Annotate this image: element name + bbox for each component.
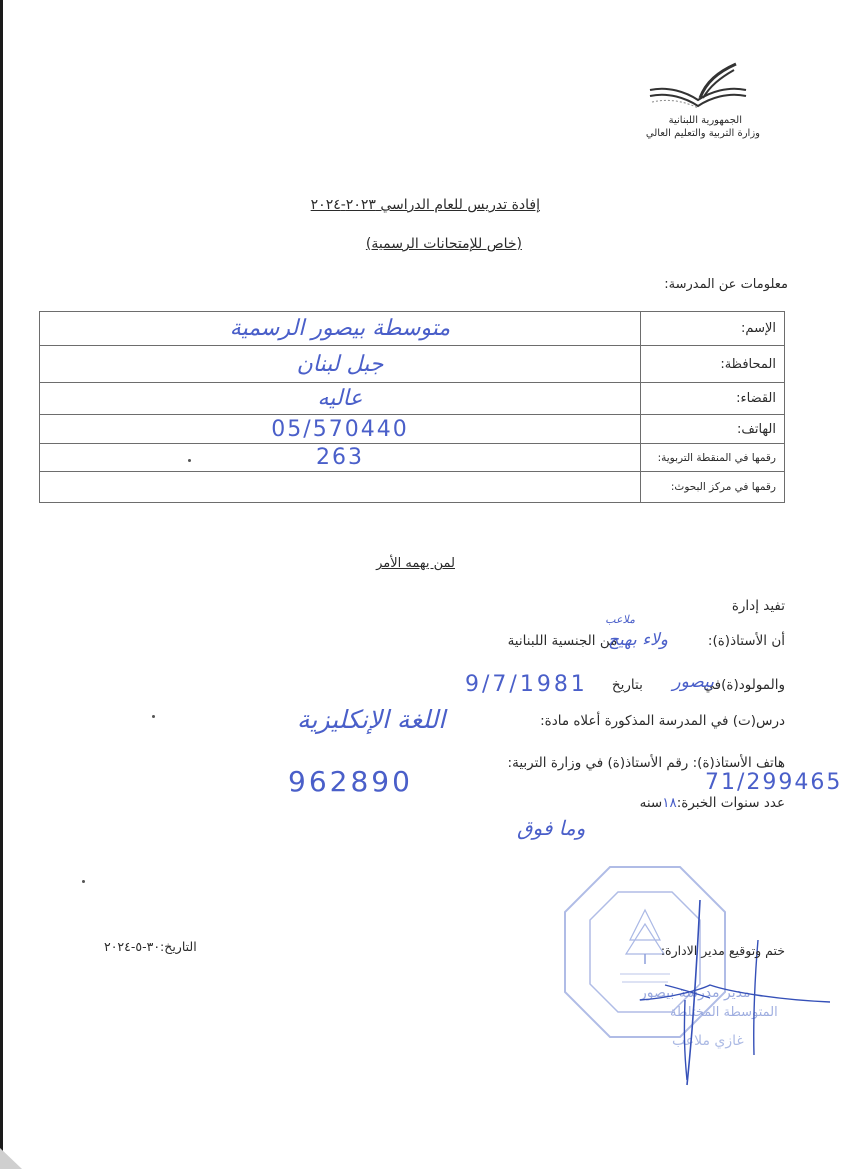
- value-zone-number: 263: [40, 444, 641, 472]
- table-row-name: الإسم: متوسطة بيصور الرسمية: [40, 312, 785, 346]
- nationality-text: من الجنسية اللبنانية: [508, 633, 618, 649]
- ministry-logo-icon: [648, 62, 748, 110]
- born-date-label: بتاريخ: [612, 677, 643, 693]
- value-research-center-number: [40, 472, 641, 503]
- ministry-republic-text: الجمهورية اللبنانية: [669, 115, 742, 126]
- speck: [152, 715, 155, 718]
- table-row-phone: الهاتف: 05/570440: [40, 415, 785, 444]
- label-district: القضاء:: [641, 383, 785, 415]
- handwritten-birthdate: 9/7/1981: [465, 672, 588, 697]
- scan-corner-fold: [0, 1148, 22, 1169]
- experience-line: عدد سنوات الخبرة:١٨سنه: [640, 795, 785, 811]
- value-school-name: متوسطة بيصور الرسمية: [40, 312, 641, 346]
- table-row-district: القضاء: عاليه: [40, 383, 785, 415]
- teacher-prefix: أن الأستاذ(ة):: [708, 633, 785, 649]
- handwritten-ministry-number: 71/299465: [705, 770, 842, 795]
- teacher-phone-label: هاتف الأستاذ(ة):: [693, 755, 785, 771]
- value-district: عاليه: [40, 383, 641, 415]
- phone-line: هاتف الأستاذ(ة): رقم الأستاذ(ة) في وزارة…: [508, 755, 785, 771]
- handwritten-experience-extra: وما فوق: [517, 816, 585, 840]
- table-row-research-center-number: رقمها في مركز البحوث:: [40, 472, 785, 503]
- label-phone: الهاتف:: [641, 415, 785, 444]
- born-prefix: والمولود(ة)في: [703, 677, 785, 693]
- value-school-phone: 05/570440: [40, 415, 641, 444]
- speck: [188, 459, 191, 462]
- director-signature-icon: [640, 880, 850, 1090]
- to-whom-heading: لمن يهمه الأمر: [376, 556, 455, 571]
- document-subtitle: (خاص للإمتحانات الرسمية): [366, 236, 522, 252]
- handwritten-teacher-phone: 962890: [288, 765, 413, 798]
- value-governorate: جبل لبنان: [40, 346, 641, 383]
- label-zone-number: رقمها في المنقطة التربوية:: [641, 444, 785, 472]
- experience-unit: سنه: [640, 795, 663, 811]
- experience-label: عدد سنوات الخبرة:: [677, 795, 785, 811]
- label-name: الإسم:: [641, 312, 785, 346]
- experience-years: ١٨: [662, 795, 677, 811]
- scan-edge: [0, 0, 3, 1169]
- document-title: إفادة تدريس للعام الدراسي ٢٠٢٣-٢٠٢٤: [311, 197, 540, 213]
- handwritten-birthplace: بيصور: [672, 672, 714, 692]
- document-date: التاريخ:٣٠-٥-٢٠٢٤: [104, 939, 197, 954]
- speck: [82, 880, 85, 883]
- admin-certifies-text: تفيد إدارة: [732, 598, 785, 614]
- table-row-governorate: المحافظة: جبل لبنان: [40, 346, 785, 383]
- ministry-number-label: رقم الأستاذ(ة) في وزارة التربية:: [508, 755, 689, 771]
- stamp-signature-label: ختم وتوقيع مدير الادارة:: [661, 943, 785, 958]
- handwritten-subject: اللغة الإنكليزية: [297, 705, 445, 734]
- handwritten-teacher-name: ولاء بهيج: [608, 630, 668, 650]
- school-info-table: الإسم: متوسطة بيصور الرسمية المحافظة: جب…: [39, 311, 785, 503]
- table-row-zone-number: رقمها في المنقطة التربوية: 263: [40, 444, 785, 472]
- subject-line: درس(ت) في المدرسة المذكورة أعلاه مادة:: [540, 713, 785, 729]
- ministry-name-text: وزارة التربية والتعليم العالي: [646, 128, 760, 139]
- handwritten-teacher-surname: ملاعب: [605, 613, 635, 626]
- school-info-heading: معلومات عن المدرسة:: [664, 277, 788, 292]
- label-research-center-number: رقمها في مركز البحوث:: [641, 472, 785, 503]
- label-governorate: المحافظة:: [641, 346, 785, 383]
